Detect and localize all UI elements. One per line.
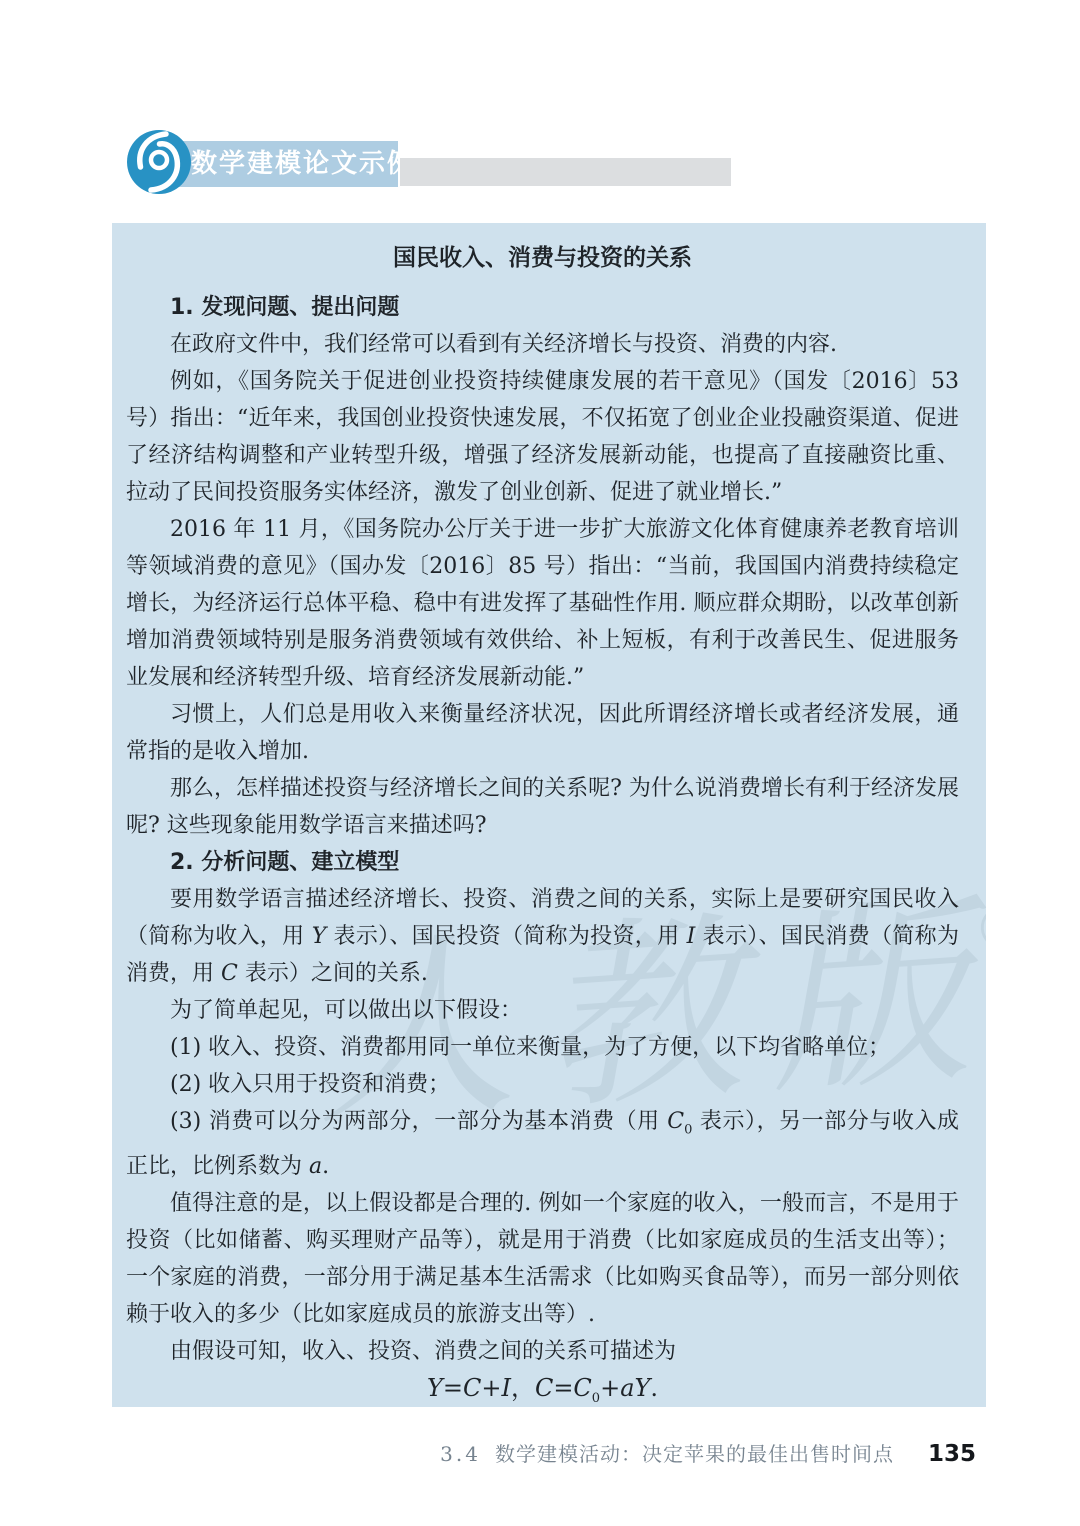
header-gray-band — [400, 158, 731, 186]
math-variable: I — [501, 1374, 510, 1402]
page-footer: 3.4 数学建模活动：决定苹果的最佳出售时间点 135 — [440, 1438, 976, 1467]
text-run: . — [322, 1154, 329, 1179]
paragraph: 2016 年 11 月，《国务院办公厅关于进一步扩大旅游文化体育健康养老教育培训… — [126, 511, 959, 696]
section-heading: 1. 发现问题、提出问题 — [126, 289, 959, 326]
text-run: = — [553, 1374, 573, 1402]
text-run: 值得注意的是，以上假设都是合理的. 例如一个家庭的收入，一般而言，不是用于投资（… — [126, 1191, 959, 1327]
text-run: + — [481, 1374, 501, 1402]
math-variable: C — [535, 1374, 553, 1402]
footer-section-number: 3.4 — [440, 1442, 481, 1466]
text-run: (3) 消费可以分为两部分，一部分为基本消费（用 — [170, 1109, 667, 1134]
publisher-swirl-logo-icon — [126, 129, 192, 195]
registered-mark: ® — [971, 893, 986, 965]
article-body: 1. 发现问题、提出问题在政府文件中，我们经常可以看到有关经济增长与投资、消费的… — [126, 289, 959, 1407]
math-variable: C — [667, 1109, 684, 1134]
text-run: 例如，《国务院关于促进创业投资持续健康发展的若干意见》（国发〔2016〕53 号… — [126, 369, 959, 505]
article-panel: 人教版® 国民收入、消费与投资的关系 1. 发现问题、提出问题在政府文件中，我们… — [112, 223, 986, 1407]
paragraph: (3) 消费可以分为两部分，一部分为基本消费（用 C0 表示），另一部分与收入成… — [126, 1103, 959, 1185]
text-run: 表示）、国民投资（简称为投资，用 — [326, 924, 686, 949]
math-variable: Y — [427, 1374, 443, 1402]
text-run: + — [600, 1374, 620, 1402]
math-variable: C — [221, 961, 238, 986]
paragraph: 在政府文件中，我们经常可以看到有关经济增长与投资、消费的内容. — [126, 326, 959, 363]
text-run: . — [650, 1374, 658, 1402]
text-run: 0 — [592, 1391, 600, 1406]
text-run: 在政府文件中，我们经常可以看到有关经济增长与投资、消费的内容. — [170, 332, 837, 357]
formula: Y=C+I，C=C0+aY. — [126, 1370, 959, 1407]
paragraph: 例如，《国务院关于促进创业投资持续健康发展的若干意见》（国发〔2016〕53 号… — [126, 363, 959, 511]
text-run: 2016 年 11 月，《国务院办公厅关于进一步扩大旅游文化体育健康养老教育培训… — [126, 517, 959, 690]
paragraph: (2) 收入只用于投资和消费； — [126, 1066, 959, 1103]
text-run: (2) 收入只用于投资和消费； — [170, 1072, 450, 1097]
math-variable: a — [309, 1154, 322, 1179]
text-run: 习惯上，人们总是用收入来衡量经济状况，因此所谓经济增长或者经济发展，通常指的是收… — [126, 702, 959, 764]
footer-section-title: 数学建模活动：决定苹果的最佳出售时间点 — [495, 1438, 894, 1467]
text-run: (1) 收入、投资、消费都用同一单位来衡量，为了方便，以下均省略单位； — [170, 1035, 890, 1060]
math-variable: C — [463, 1374, 481, 1402]
text-run: 那么，怎样描述投资与经济增长之间的关系呢? 为什么说消费增长有利于经济发展呢? … — [126, 776, 959, 838]
book-page: 数学建模论文示例 人教版® 国民收入、消费与投资的关系 1. 发现问题、提出问题… — [0, 0, 1080, 1526]
paragraph: 值得注意的是，以上假设都是合理的. 例如一个家庭的收入，一般而言，不是用于投资（… — [126, 1185, 959, 1333]
math-variable: C — [573, 1374, 591, 1402]
paragraph: 习惯上，人们总是用收入来衡量经济状况，因此所谓经济增长或者经济发展，通常指的是收… — [126, 696, 959, 770]
section-heading: 2. 分析问题、建立模型 — [126, 844, 959, 881]
paragraph: 为了简单起见，可以做出以下假设： — [126, 992, 959, 1029]
text-run: = — [443, 1374, 463, 1402]
math-variable: Y — [312, 924, 327, 949]
text-run: ， — [511, 1374, 535, 1402]
text-run: 为了简单起见，可以做出以下假设： — [170, 998, 522, 1023]
math-variable: Y — [635, 1374, 651, 1402]
text-run: 由假设可知，收入、投资、消费之间的关系可描述为 — [170, 1339, 676, 1364]
paragraph: 那么，怎样描述投资与经济增长之间的关系呢? 为什么说消费增长有利于经济发展呢? … — [126, 770, 959, 844]
text-run: 表示）之间的关系. — [238, 961, 428, 986]
math-variable: a — [620, 1374, 634, 1402]
paragraph: (1) 收入、投资、消费都用同一单位来衡量，为了方便，以下均省略单位； — [126, 1029, 959, 1066]
article-title: 国民收入、消费与投资的关系 — [126, 243, 959, 273]
footer-page-number: 135 — [928, 1441, 976, 1467]
paragraph: 由假设可知，收入、投资、消费之间的关系可描述为 — [126, 1333, 959, 1370]
paragraph: 要用数学语言描述经济增长、投资、消费之间的关系，实际上是要研究国民收入（简称为收… — [126, 881, 959, 992]
